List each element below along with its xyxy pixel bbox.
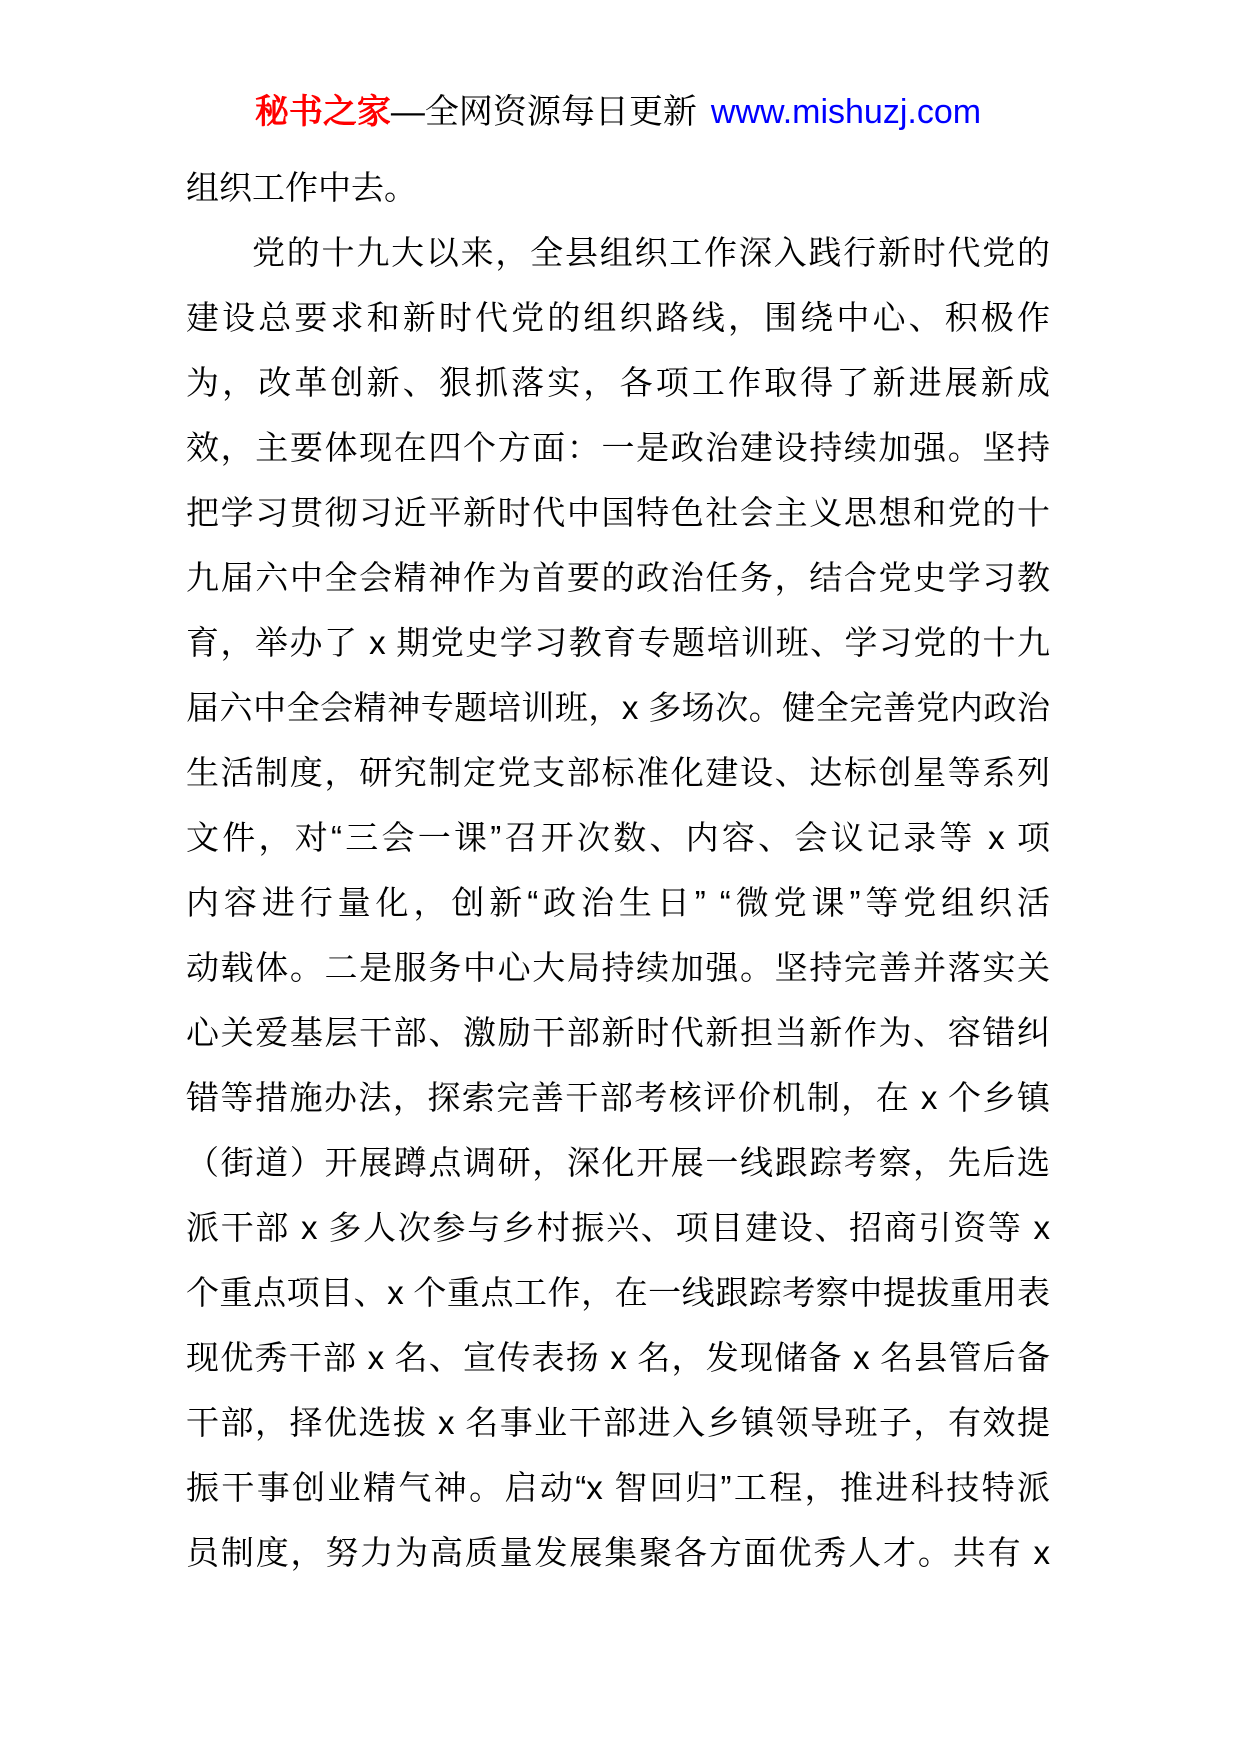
text-line: 文件，对“三会一课”召开次数、内容、会议记录等 x 项 [186,805,1050,870]
text-line: 员制度，努力为高质量发展集聚各方面优秀人才。共有 x [186,1520,1050,1585]
text-line: 干部，择优选拔 x 名事业干部进入乡镇领导班子，有效提 [186,1390,1050,1455]
text-line: 建设总要求和新时代党的组织路线，围绕中心、积极作 [186,285,1050,350]
text-line: 错等措施办法，探索完善干部考核评价机制，在 x 个乡镇 [186,1065,1050,1130]
site-tagline: —全网资源每日更新 [391,93,697,131]
watermark-header: 秘书之家—全网资源每日更新www.mishuzj.com [186,90,1050,134]
text-line: （街道）开展蹲点调研，深化开展一线跟踪考察，先后选 [186,1130,1050,1195]
text-line: 育，举办了 x 期党史学习教育专题培训班、学习党的十九 [186,610,1050,675]
text-line: 现优秀干部 x 名、宣传表扬 x 名，发现储备 x 名县管后备 [186,1325,1050,1390]
text-line: 组织工作中去。 [186,155,1050,220]
text-line: 把学习贯彻习近平新时代中国特色社会主义思想和党的十 [186,480,1050,545]
text-line: 动载体。二是服务中心大局持续加强。坚持完善并落实关 [186,935,1050,1000]
document-body: 组织工作中去。 党的十九大以来，全县组织工作深入践行新时代党的 建设总要求和新时… [186,155,1050,1585]
text-line: 生活制度，研究制定党支部标准化建设、达标创星等系列 [186,740,1050,805]
text-line: 为，改革创新、狠抓落实，各项工作取得了新进展新成 [186,350,1050,415]
site-name: 秘书之家 [255,93,391,131]
document-page: 秘书之家—全网资源每日更新www.mishuzj.com 组织工作中去。 党的十… [0,0,1240,1754]
text-line: 振干事创业精气神。启动“x 智回归”工程，推进科技特派 [186,1455,1050,1520]
text-line: 内容进行量化，创新“政治生日” “微党课”等党组织活 [186,870,1050,935]
text-line: 个重点项目、x 个重点工作，在一线跟踪考察中提拔重用表 [186,1260,1050,1325]
text-line: 党的十九大以来，全县组织工作深入践行新时代党的 [186,220,1050,285]
text-line: 九届六中全会精神作为首要的政治任务，结合党史学习教 [186,545,1050,610]
text-line: 效，主要体现在四个方面：一是政治建设持续加强。坚持 [186,415,1050,480]
text-line: 派干部 x 多人次参与乡村振兴、项目建设、招商引资等 x [186,1195,1050,1260]
text-line: 届六中全会精神专题培训班，x 多场次。健全完善党内政治 [186,675,1050,740]
text-line: 心关爱基层干部、激励干部新时代新担当新作为、容错纠 [186,1000,1050,1065]
site-url-link[interactable]: www.mishuzj.com [711,93,981,131]
